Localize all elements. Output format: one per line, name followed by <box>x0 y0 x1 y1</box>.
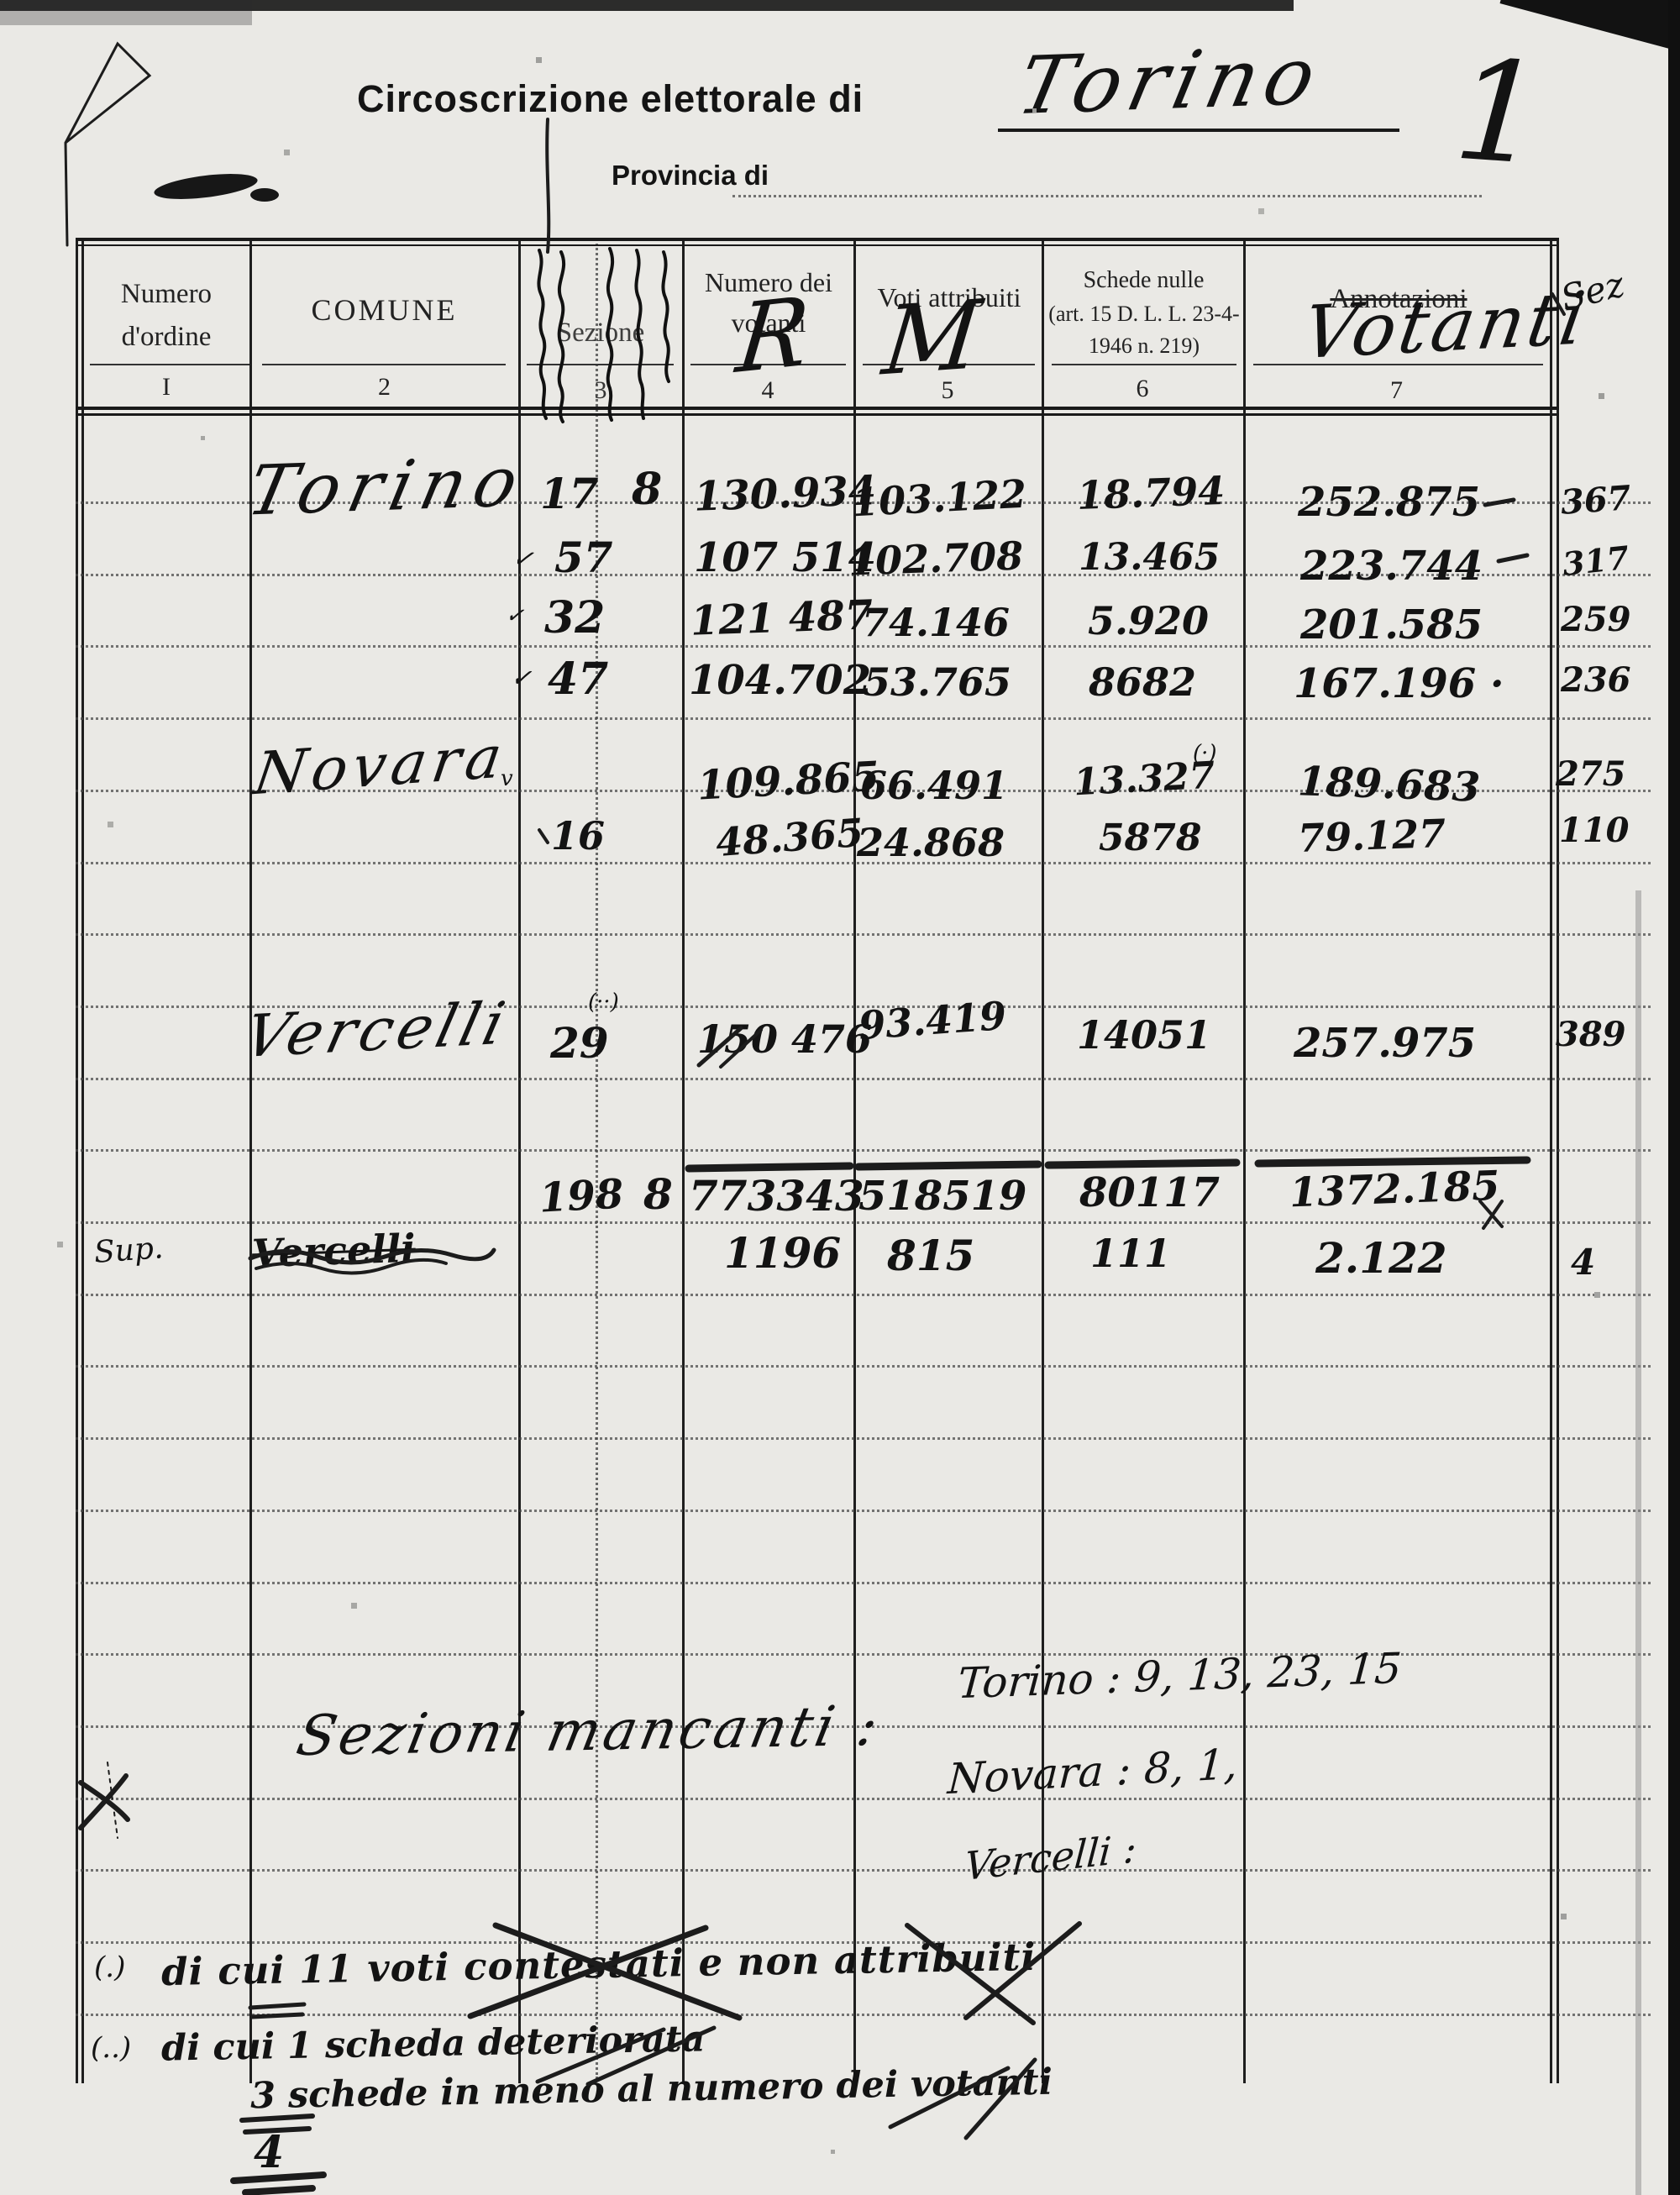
cell-sup-votanti-r: 1196 <box>724 1228 841 1278</box>
table-vertical-border <box>682 238 685 2083</box>
col-index-2: 2 <box>252 373 517 402</box>
page-number: 1 <box>1449 29 1548 197</box>
cell-r3-votanti-r: 104.702 <box>689 657 871 704</box>
row-dotted-line <box>76 1510 1651 1512</box>
cell-r3-nulle: 8682 <box>1089 659 1196 705</box>
row-dotted-line <box>76 1365 1651 1368</box>
cell-total-voti-m: 518519 <box>858 1173 1026 1220</box>
cell-comune-vercelli: Vercelli <box>238 989 515 1071</box>
row-dotted-line <box>76 933 1651 936</box>
col-header-numero-ordine: Numero d'ordine <box>84 273 249 359</box>
cell-sup-voti-m: 815 <box>887 1231 974 1280</box>
cell-r1-sez-a: 57 <box>554 533 613 582</box>
cell-sup-votanti-tot: 2.122 <box>1315 1233 1447 1283</box>
cell-r1-sez-margin: 317 <box>1561 538 1631 583</box>
cell-total-sez-b: 8 <box>643 1169 673 1219</box>
cell-r4-voti-m: 66.491 <box>860 763 1008 808</box>
cell-r3-voti-m: 53.765 <box>864 659 1011 705</box>
column-index-rule <box>527 364 674 365</box>
row-dotted-line <box>76 1798 1651 1800</box>
scan-speckles <box>0 0 3 3</box>
table-horizontal-rule <box>76 244 1559 246</box>
cell-r0-nulle: 18.794 <box>1076 468 1226 518</box>
title-handwritten-value: Torino <box>1010 30 1331 133</box>
table-vertical-border <box>1042 238 1044 2083</box>
note-vercelli-sezioni: Vercelli : <box>963 1825 1138 1889</box>
cell-r2-voti-m: 74.146 <box>862 600 1010 645</box>
cell-r5-votanti-tot: 79.127 <box>1297 811 1446 861</box>
header-overwrite-m: M <box>878 280 985 396</box>
cell-sup-ordine: Sup. <box>93 1231 165 1270</box>
cell-total-nulle: 80117 <box>1079 1169 1220 1216</box>
cell-r3-sez-a: 47 <box>548 654 608 705</box>
cell-comune-novara: Novara <box>249 722 511 808</box>
col-index-6: 6 <box>1042 375 1243 403</box>
cell-r4-nulle-sup: (·) <box>1193 741 1217 766</box>
scan-streak-right <box>1635 890 1641 2195</box>
header-overwrite-votanti: Votanti <box>1297 276 1593 376</box>
cell-r4-votanti-tot: 189.683 <box>1297 758 1481 811</box>
cell-r0-sez-margin: 367 <box>1559 478 1632 522</box>
cell-r0-voti-m: 103.122 <box>851 471 1028 526</box>
cell-r6-votanti-r: 150 476 <box>697 1016 872 1062</box>
table-horizontal-rule <box>76 238 1559 241</box>
table-vertical-border <box>1557 238 1559 2083</box>
row-dotted-line <box>76 1294 1651 1296</box>
cell-r5-nulle: 5878 <box>1099 817 1201 859</box>
provincia-fill-line <box>732 195 1482 197</box>
cell-comune-torino: Torino <box>241 442 533 531</box>
cell-sup-comune: Vercelli <box>251 1226 416 1277</box>
table-vertical-border <box>518 238 521 2083</box>
column-index-rule <box>1052 364 1236 365</box>
cell-r6-sez-a: 29 <box>550 1018 609 1068</box>
cell-r3-sez-margin: 236 <box>1561 660 1631 700</box>
footnote1-marker: (.) <box>94 1951 125 1984</box>
cell-r5-sez-margin: 110 <box>1559 811 1630 850</box>
cell-r6-sez-margin: 389 <box>1556 1015 1626 1054</box>
cell-r6-voti-m: 93.419 <box>857 993 1007 1048</box>
column-index-rule <box>90 364 249 365</box>
col-header-schede-nulle: Schede nulle <box>1046 267 1242 294</box>
sezione-subdivider <box>596 244 598 2079</box>
cell-r4-votanti-r: 109.865 <box>696 753 881 809</box>
table-vertical-border <box>81 238 84 2083</box>
scan-edge-top-left <box>0 0 252 25</box>
footnote4-number: 4 <box>254 2127 284 2178</box>
footnote2-text: di cui 1 scheda deteriorata <box>161 2018 706 2069</box>
cell-r5-sez-a: 16 <box>551 813 605 859</box>
margin-header-sez: Sez <box>1557 264 1628 319</box>
cell-r5-voti-m: 24.868 <box>857 820 1005 865</box>
cell-r0-votanti-r: 130.934 <box>693 467 877 521</box>
col-index-1: I <box>84 373 249 402</box>
cell-sup-nulle: 111 <box>1090 1231 1171 1276</box>
cell-r6-nulle: 14051 <box>1077 1012 1211 1058</box>
cell-r3-check: ✓ <box>510 663 533 694</box>
cell-r1-check: ✓ <box>511 543 536 575</box>
table-vertical-border <box>76 238 78 2083</box>
row-dotted-line <box>76 717 1651 720</box>
row-dotted-line <box>76 1149 1651 1152</box>
cell-r5-votanti-r: 48.365 <box>714 810 864 865</box>
row-dotted-line <box>76 1582 1651 1584</box>
col-index-3: 3 <box>521 376 680 405</box>
col-header-comune: COMUNE <box>252 292 517 328</box>
cell-total-sez-a: 198 <box>538 1170 625 1221</box>
row-dotted-line <box>76 1869 1651 1872</box>
cell-total-votanti-tot: 1372.185 <box>1289 1163 1500 1217</box>
table-vertical-border <box>1550 238 1552 2083</box>
cell-r0-sez-b: 8 <box>632 464 662 515</box>
provincia-label: Provincia di <box>612 160 769 192</box>
scanned-electoral-form-page: Circoscrizione elettorale di Torino Prov… <box>0 0 1680 2195</box>
column-index-rule <box>262 364 506 365</box>
col-index-7: 7 <box>1243 376 1550 405</box>
cell-r3-votanti-tot: 167.196 · <box>1294 660 1504 707</box>
footnote2-marker: (..) <box>91 2031 131 2065</box>
col-header-sezione: Sezione <box>521 318 680 349</box>
note-novara-sezioni: Novara : 8, 1, <box>947 1740 1239 1804</box>
cell-r1-votanti-tot: 223.744 <box>1300 543 1483 590</box>
table-horizontal-rule <box>76 407 1559 410</box>
cell-total-votanti-r: 773343 <box>689 1171 864 1221</box>
cell-r0-votanti-tot: 252.875 <box>1298 479 1480 526</box>
row-dotted-line <box>76 2014 1651 2016</box>
cell-sup-sez-margin: 4 <box>1571 1242 1595 1283</box>
header-overwrite-r: R <box>732 277 814 396</box>
table-vertical-border <box>1243 238 1246 2083</box>
cell-r2-sez-margin: 259 <box>1561 600 1631 639</box>
scan-edge-right <box>1668 0 1680 2195</box>
footnote3-text: 3 schede in meno al numero dei votanti <box>250 2061 1053 2118</box>
note-sezioni-mancanti: Sezioni mancanti : <box>291 1694 886 1768</box>
cell-r2-sez-a: 32 <box>544 592 605 643</box>
cell-r0-sez-a: 17 <box>540 469 599 518</box>
cell-r4-sez-margin: 275 <box>1556 754 1626 794</box>
cell-r2-check: ✓ <box>504 602 525 629</box>
cell-r1-voti-m: 102.708 <box>848 533 1024 584</box>
row-dotted-line <box>76 1653 1651 1656</box>
page-title: Circoscrizione elettorale di <box>357 77 864 121</box>
row-dotted-line <box>76 1437 1651 1440</box>
cell-novara-mark: v <box>501 766 513 791</box>
cell-r2-votanti-r: 121 487 <box>690 591 874 645</box>
row-dotted-line <box>76 1078 1651 1080</box>
col-header-schede-nulle-sub: (art. 15 D. L. L. 23-4-1946 n. 219) <box>1048 298 1240 361</box>
cell-r6-votanti-tot: 257.975 <box>1294 1020 1476 1067</box>
cell-r2-nulle: 5.920 <box>1088 598 1209 643</box>
cell-r6-sez-sup: (··) <box>588 990 619 1015</box>
table-horizontal-rule <box>76 413 1559 416</box>
cell-r2-votanti-tot: 201.585 <box>1300 601 1483 649</box>
cell-r1-nulle: 13.465 <box>1079 536 1220 579</box>
row-dotted-line <box>76 1221 1651 1224</box>
